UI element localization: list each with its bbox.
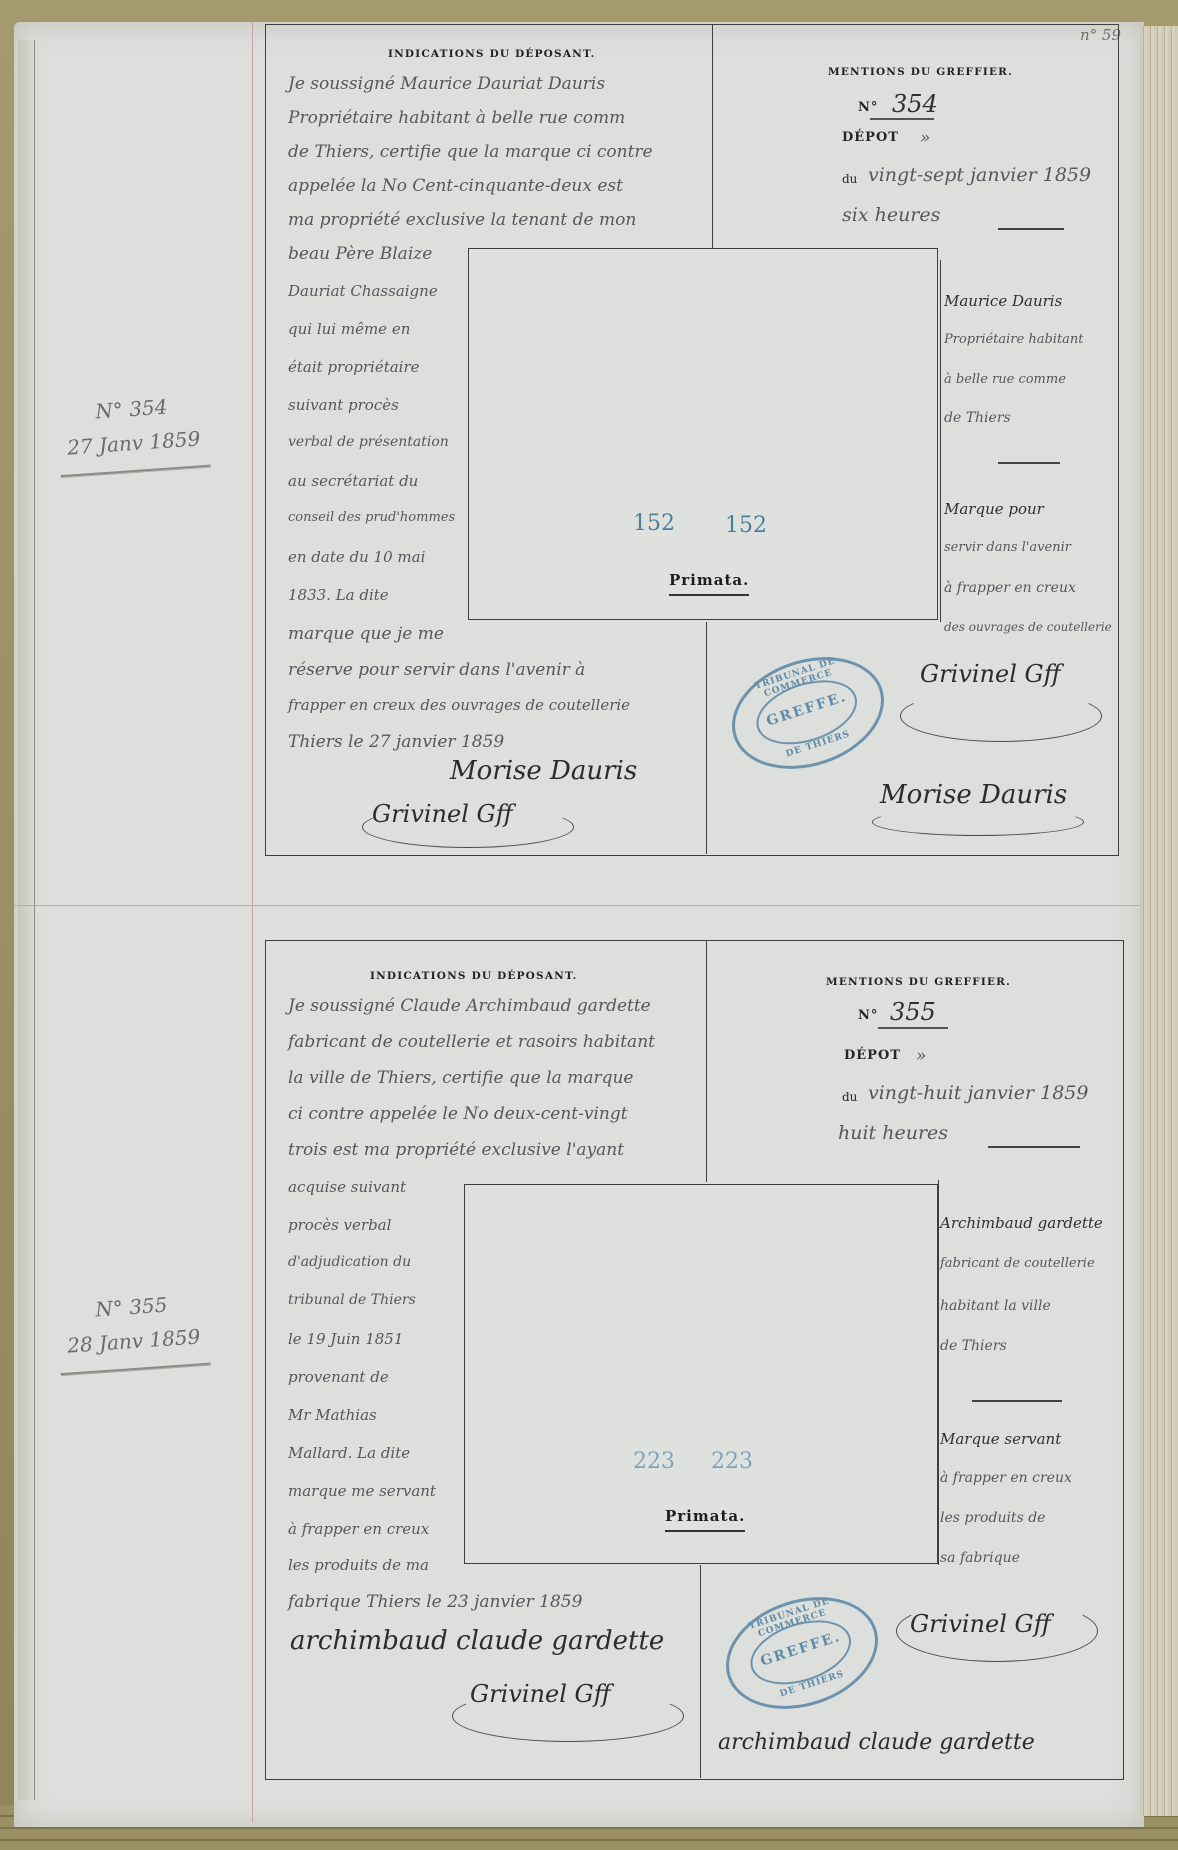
signature-flourish [900,690,1102,742]
specimen-number-left: 223 [633,1449,675,1474]
deposant-signature: Morise Dauris [450,756,637,786]
column-divider-top [706,940,707,1182]
text-line: les produits de ma [288,1556,429,1574]
du-label: du [842,172,857,186]
text-line: beau Père Blaize [288,244,432,264]
mark-specimen-box: 152 152 Primata. [468,248,938,620]
deposit-time: six heures [842,204,940,226]
text-line: Dauriat Chassaigne [288,282,438,300]
signature-underline [872,808,1084,836]
text-line: à frapper en creux [288,1520,429,1538]
text-line: la ville de Thiers, certifie que la marq… [288,1068,633,1088]
column-divider-bottom [706,622,707,854]
signature-flourish [896,1600,1098,1662]
column-divider-right [940,260,941,622]
depot-label: DÉPOT [844,1048,901,1063]
text-line: 1833. La dite [288,586,389,604]
text-line: acquise suivant [288,1178,406,1196]
note-line: de Thiers [944,410,1011,426]
signature-flourish [362,806,574,848]
text-line: Je soussigné Claude Archimbaud gardette [288,996,651,1016]
notes-divider [972,1400,1062,1402]
text-line: Propriétaire habitant à belle rue comm [288,108,625,128]
specimen-number-right: 152 [725,513,767,538]
text-line: Je soussigné Maurice Dauriat Dauris [288,74,605,94]
deposant-header: INDICATIONS DU DÉPOSANT. [370,970,577,982]
margin-rule-vertical [252,22,253,1822]
text-line: trois est ma propriété exclusive l'ayant [288,1140,624,1160]
text-line: suivant procès [288,396,399,414]
text-line: provenant de [288,1368,389,1386]
specimen-number-right: 223 [711,1449,753,1474]
note-line: Marque servant [940,1430,1061,1448]
text-line: d'adjudication du [288,1254,411,1270]
page-edge-left [18,40,35,1800]
column-divider-right [938,1180,939,1565]
note-line: à frapper en creux [940,1470,1072,1486]
deposit-date: vingt-sept janvier 1859 [868,164,1091,186]
signature-flourish [452,1690,684,1742]
text-line: le 19 Juin 1851 [288,1330,403,1348]
note-line: sa fabrique [940,1550,1020,1566]
text-line: frapper en creux des ouvrages de coutell… [288,696,630,714]
text-line: réserve pour servir dans l'avenir à [288,660,585,680]
note-line: Archimbaud gardette [940,1214,1103,1232]
margin-note: N° 355 28 Janv 1859 [55,1285,210,1376]
text-line: en date du 10 mai [288,548,425,566]
greffier-header: MENTIONS DU GREFFIER. [828,66,1013,78]
greffier-footer-signature: Morise Dauris [880,780,1067,810]
binding-rule [34,40,35,1800]
margin-note: N° 354 27 Janv 1859 [55,387,210,478]
text-line: était propriétaire [288,358,420,376]
deposant-header: INDICATIONS DU DÉPOSANT. [388,48,595,60]
deposant-signature: archimbaud claude gardette [290,1626,664,1656]
du-label: du [842,1090,857,1104]
note-line: des ouvrages de coutellerie [944,620,1112,634]
text-line: Mallard. La dite [288,1444,410,1462]
text-line: tribunal de Thiers [288,1292,416,1308]
note-line: de Thiers [940,1338,1007,1354]
text-line: ci contre appelée le No deux-cent-vingt [288,1104,628,1124]
text-line: conseil des prud'hommes [288,510,455,525]
note-line: Maurice Dauris [944,292,1062,310]
specimen-number-left: 152 [633,511,675,536]
greffier-signature-right: Grivinel Gff [920,660,1061,688]
note-line: Propriétaire habitant [944,332,1084,347]
deposit-date: vingt-huit janvier 1859 [868,1082,1088,1104]
number-underline [870,118,934,120]
register-number: 354 [892,90,938,118]
depot-mark: » [916,1046,926,1066]
deposit-time: huit heures [838,1122,948,1144]
time-dash [988,1146,1080,1148]
text-line: Mr Mathias [288,1406,377,1424]
greffier-footer-signature: archimbaud claude gardette [718,1730,1035,1755]
text-line: Thiers le 27 janvier 1859 [288,732,504,752]
text-line: marque me servant [288,1482,436,1500]
text-line: ma propriété exclusive la tenant de mon [288,210,636,230]
depot-label: DÉPOT [842,130,899,145]
text-line: procès verbal [288,1216,391,1234]
depot-mark: » [920,128,930,148]
note-line: servir dans l'avenir [944,540,1071,555]
text-line: fabricant de coutellerie et rasoirs habi… [288,1032,655,1052]
register-number: 355 [890,998,936,1026]
mark-specimen-box: 223 223 Primata. [464,1184,938,1564]
notes-divider [998,462,1060,464]
entry-separator-rule [14,905,1140,906]
text-line: de Thiers, certifie que la marque ci con… [288,142,653,162]
specimen-caption: Primata. [665,1507,745,1532]
specimen-caption: Primata. [669,571,749,596]
text-line: verbal de présentation [288,434,449,450]
text-line: fabrique Thiers le 23 janvier 1859 [288,1592,582,1612]
note-line: habitant la ville [940,1298,1051,1314]
note-line: Marque pour [944,500,1044,518]
number-underline [878,1027,948,1029]
text-line: au secrétariat du [288,472,418,490]
text-line: qui lui même en [288,320,410,338]
column-divider-top [712,24,713,254]
page-stack-edges [1140,26,1178,1816]
note-line: les produits de [940,1510,1045,1526]
note-line: fabricant de coutellerie [940,1256,1095,1271]
text-line: marque que je me [288,624,444,644]
text-line: appelée la No Cent-cinquante-deux est [288,176,623,196]
time-dash [998,228,1064,230]
note-line: à frapper en creux [944,580,1076,596]
note-line: à belle rue comme [944,372,1066,387]
greffier-header: MENTIONS DU GREFFIER. [826,976,1011,988]
column-divider-bottom [700,1565,701,1778]
number-label: N° [858,100,878,115]
number-label: N° [858,1008,878,1023]
